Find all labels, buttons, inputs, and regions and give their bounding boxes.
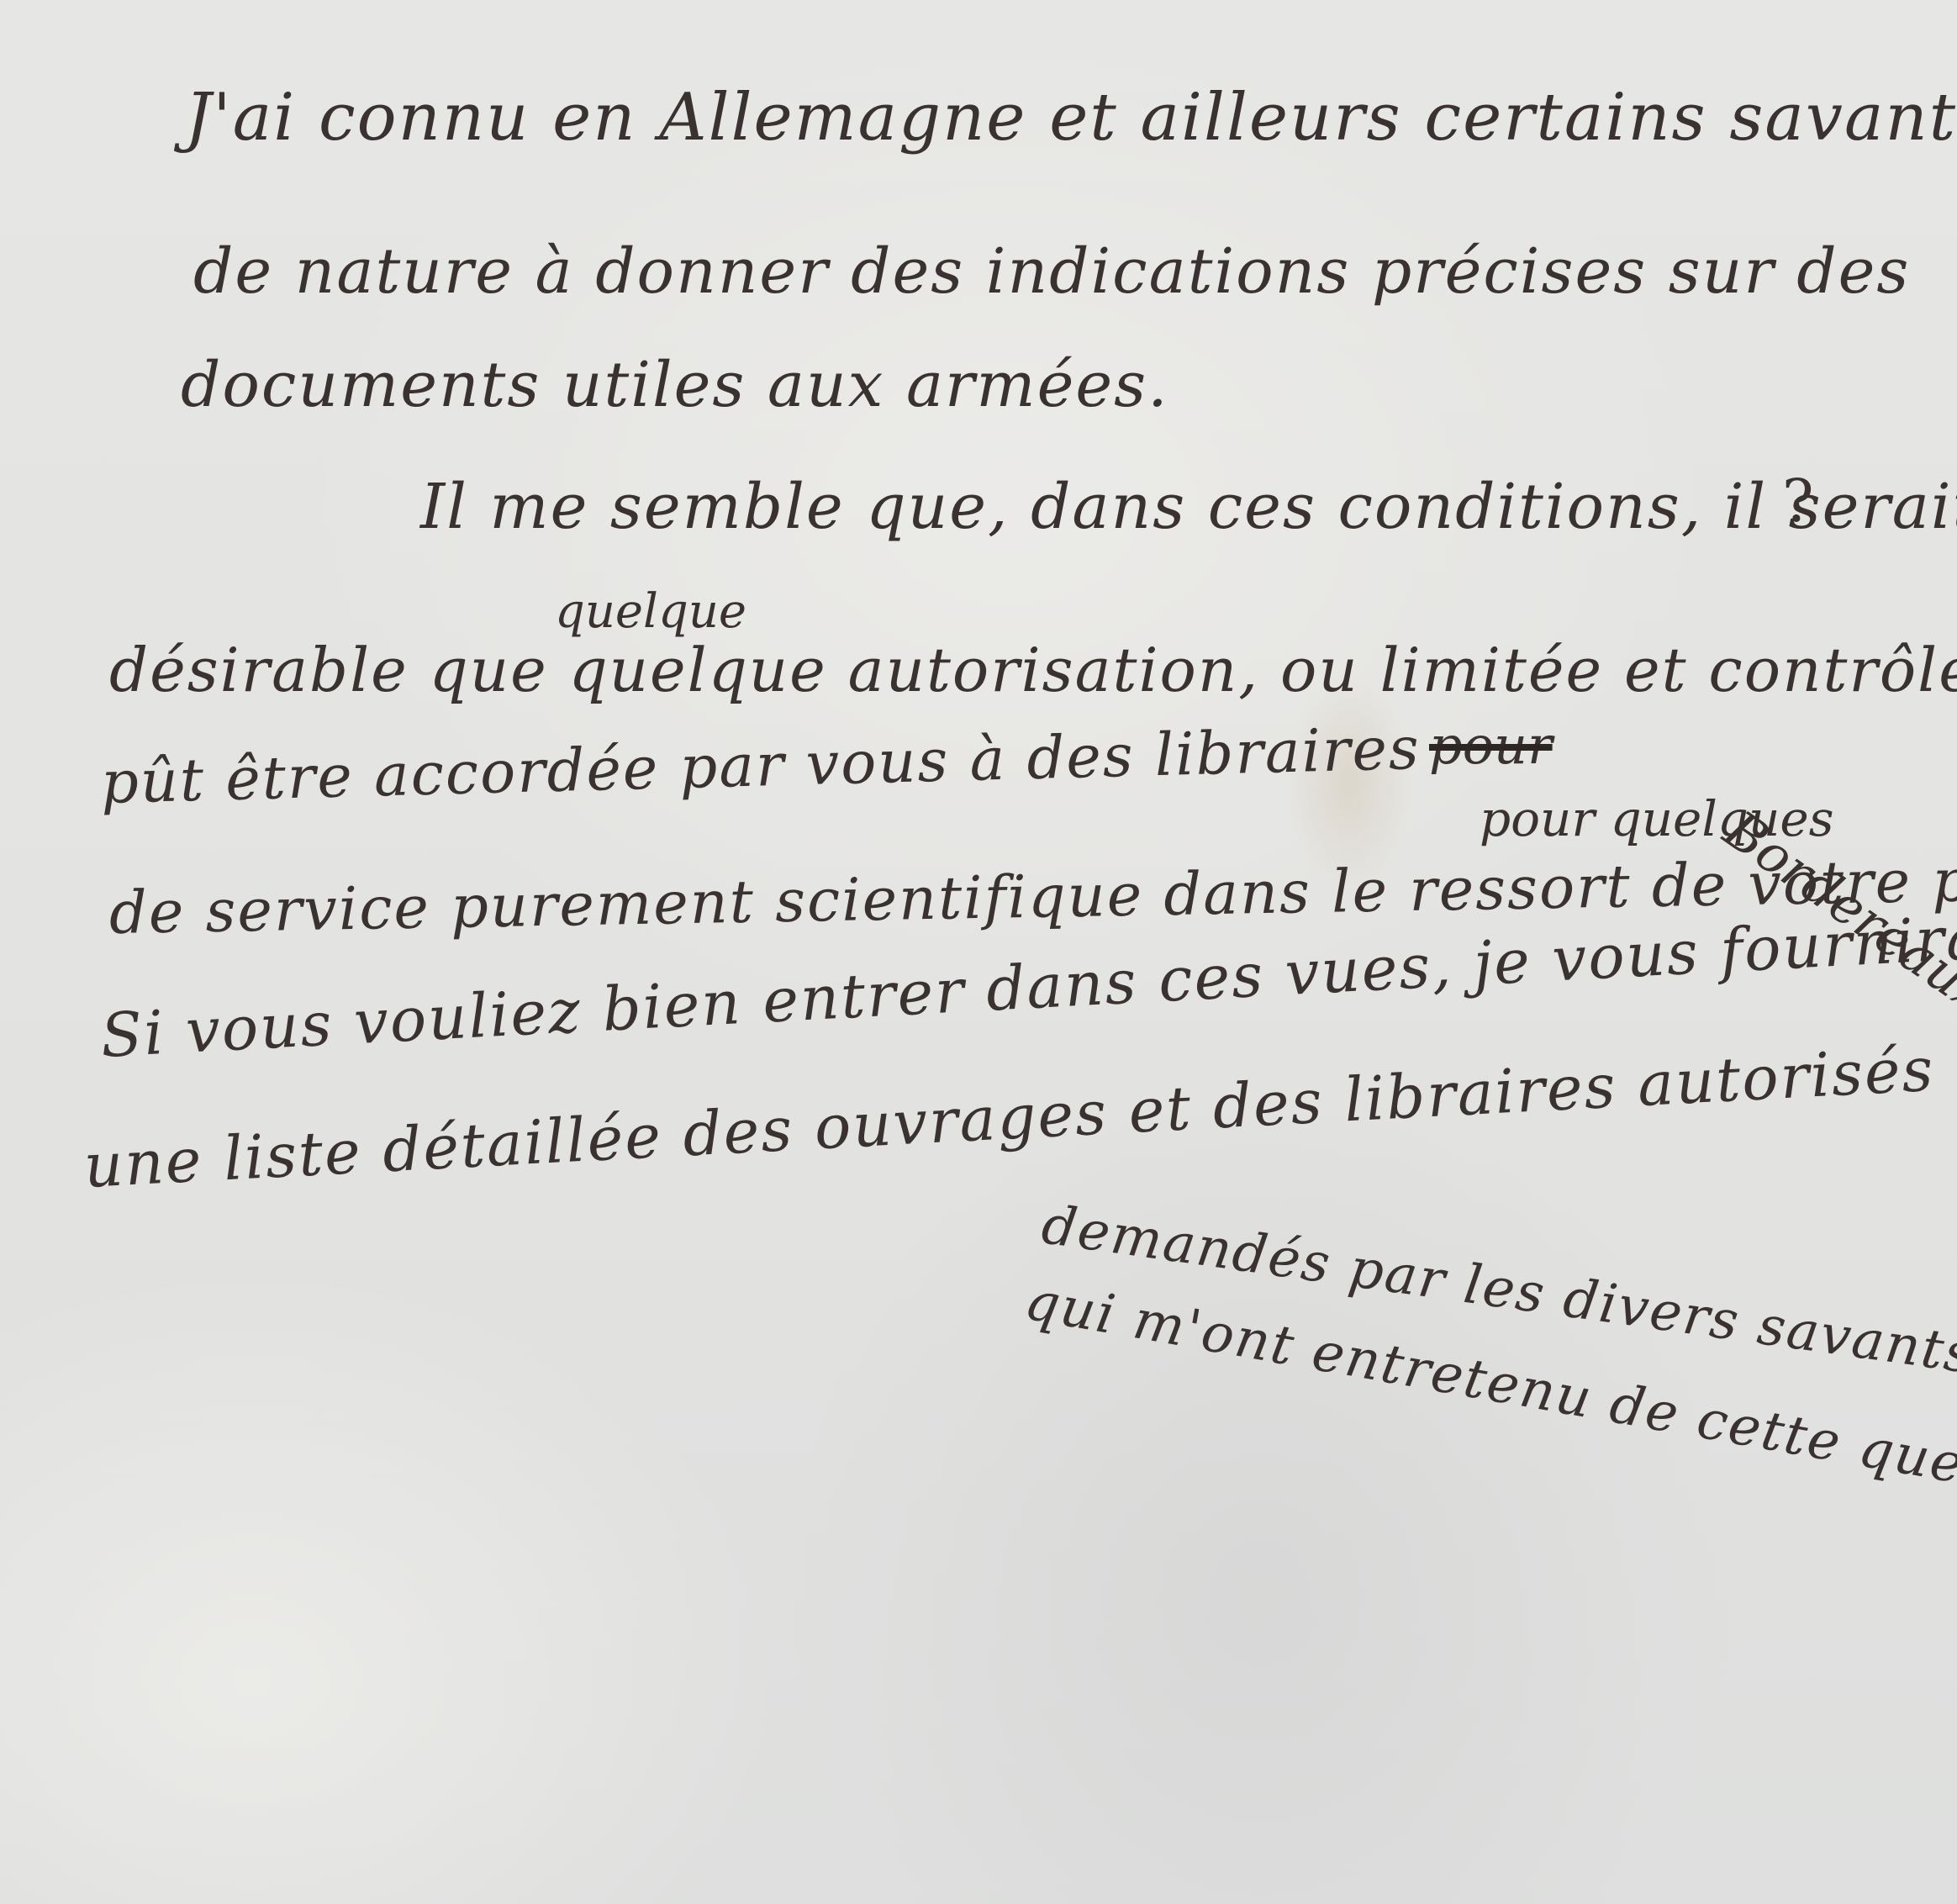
manuscript-line-5: désirable que quelque autorisation, ou l…	[109, 635, 1957, 705]
manuscript-line-6: pût être accordée par vous à des librair…	[100, 714, 1422, 817]
manuscript-page: J'ai connu en Allemagne et ailleurs cert…	[0, 0, 1957, 1904]
manuscript-line-1: J'ai connu en Allemagne et ailleurs cert…	[185, 80, 1957, 156]
manuscript-line-9: une liste détaillée des ouvrages et des …	[82, 1034, 1936, 1201]
insertion-quelque: quelque	[555, 584, 746, 639]
manuscript-line-4: Il me semble que, dans ces conditions, i…	[420, 471, 1957, 543]
margin-question-mark: ?	[1782, 467, 1814, 535]
struck-word-pour: pour	[1429, 715, 1553, 776]
manuscript-line-2: de nature à donner des indications préci…	[193, 235, 1910, 308]
manuscript-line-3: documents utiles aux armées.	[181, 349, 1169, 421]
